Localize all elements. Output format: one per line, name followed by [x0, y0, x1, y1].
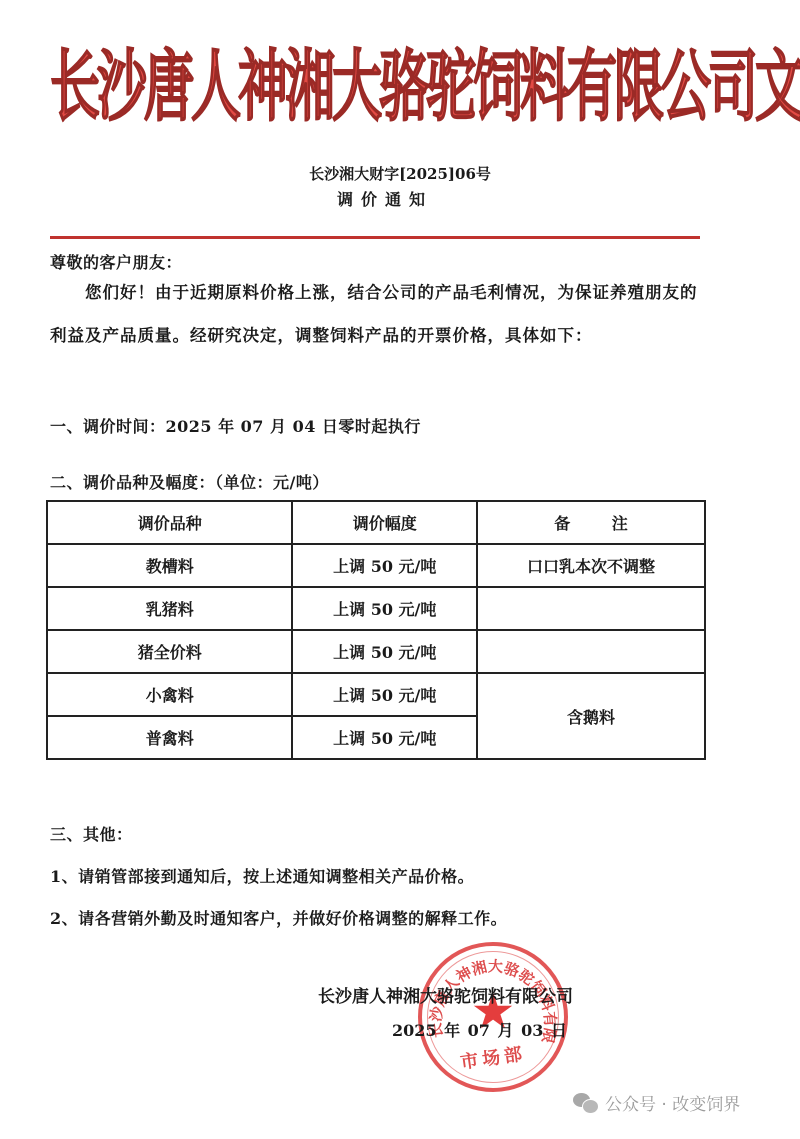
wechat-watermark: 公众号 · 改变饲界: [573, 1090, 740, 1115]
note-cell: 口口乳本次不调整: [477, 544, 705, 587]
header-adjustment: 调价幅度: [292, 501, 477, 544]
red-divider: [50, 236, 700, 239]
table-header-row: 调价品种 调价幅度 备 注: [47, 501, 705, 544]
header-product: 调价品种: [47, 501, 292, 544]
section-other-heading: 三、其他：: [50, 822, 133, 845]
document-subject: 调价通知: [0, 187, 770, 210]
company-seal-stamp: 长沙唐人神湘大骆驼饲料有限公司 ★ 市场部: [418, 942, 568, 1092]
table-row: 教槽料 上调 50 元/吨 口口乳本次不调整: [47, 544, 705, 587]
adjustment-cell: 上调 50 元/吨: [292, 673, 477, 716]
product-cell: 乳猪料: [47, 587, 292, 630]
document-number: 长沙湘大财字[2025]06号: [0, 163, 800, 184]
price-adjustment-table: 调价品种 调价幅度 备 注 教槽料 上调 50 元/吨 口口乳本次不调整 乳猪料…: [46, 500, 706, 760]
product-cell: 普禽料: [47, 716, 292, 759]
note-cell: [477, 630, 705, 673]
adjustment-cell: 上调 50 元/吨: [292, 544, 477, 587]
note-cell-merged: 含鹅料: [477, 673, 705, 759]
other-item-1: 1、请销管部接到通知后，按上述通知调整相关产品价格。: [50, 864, 474, 887]
section-adjust-items: 二、调价品种及幅度：（单位：元/吨）: [50, 470, 329, 493]
header-note: 备 注: [477, 501, 705, 544]
wechat-icon: [573, 1093, 599, 1113]
table-row: 乳猪料 上调 50 元/吨: [47, 587, 705, 630]
adjustment-cell: 上调 50 元/吨: [292, 630, 477, 673]
adjustment-cell: 上调 50 元/吨: [292, 716, 477, 759]
product-cell: 小禽料: [47, 673, 292, 716]
adjustment-cell: 上调 50 元/吨: [292, 587, 477, 630]
notice-document: 长沙唐人神湘大骆驼饲料有限公司文件 长沙湘大财字[2025]06号 调价通知 尊…: [0, 0, 800, 1139]
watermark-text: 公众号 · 改变饲界: [605, 1090, 740, 1115]
section-adjust-time: 一、调价时间：2025 年 07 月 04 日零时起执行: [50, 414, 421, 437]
other-item-2: 2、请各营销外勤及时通知客户，并做好价格调整的解释工作。: [50, 906, 507, 929]
salutation: 尊敬的客户朋友：: [50, 250, 182, 273]
product-cell: 猪全价料: [47, 630, 292, 673]
signature-date: 2025 年 07 月 03 日: [392, 1018, 567, 1041]
letterhead-title: 长沙唐人神湘大骆驼饲料有限公司文件: [50, 48, 630, 126]
intro-paragraph: 您们好！由于近期原料价格上涨，结合公司的产品毛利情况，为保证养殖朋友的利益及产品…: [50, 271, 710, 357]
product-cell: 教槽料: [47, 544, 292, 587]
table-row: 猪全价料 上调 50 元/吨: [47, 630, 705, 673]
signature-company: 长沙唐人神湘大骆驼饲料有限公司: [318, 982, 573, 1007]
table-row: 小禽料 上调 50 元/吨 含鹅料: [47, 673, 705, 716]
note-cell: [477, 587, 705, 630]
